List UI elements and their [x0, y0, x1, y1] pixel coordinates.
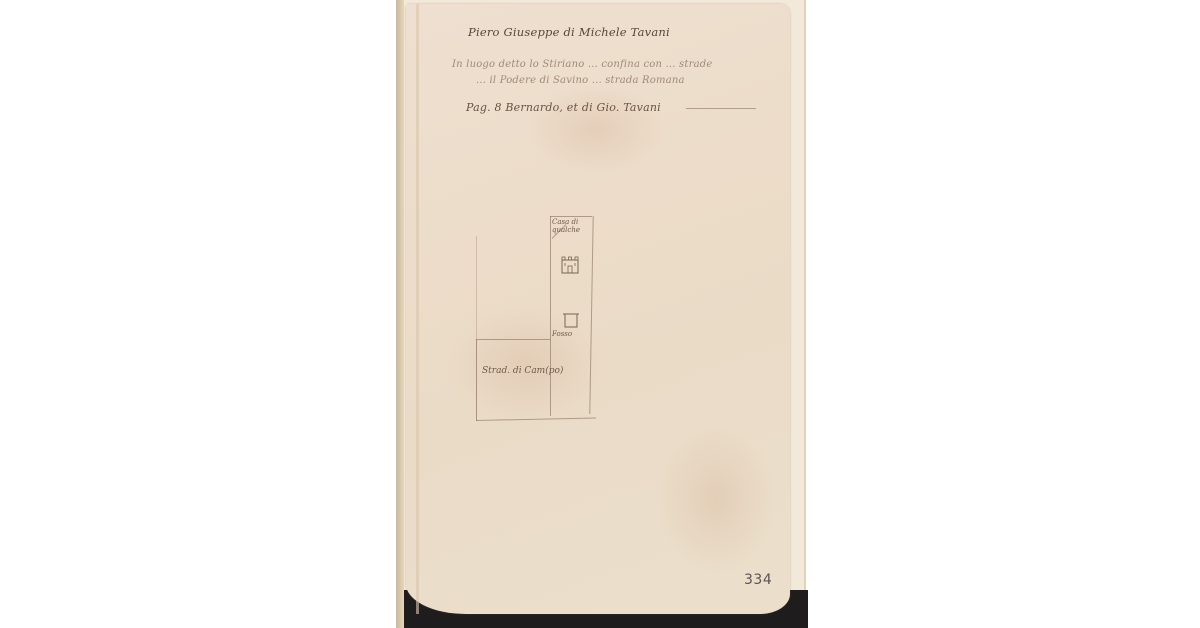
diagram-small-label: Fosso	[552, 330, 572, 338]
diagram-line	[550, 216, 551, 416]
paper-stain	[656, 424, 776, 574]
page-number: 334	[744, 572, 772, 588]
property-sketch-diagram: Casa di qualche Fosso Strad.	[476, 216, 616, 426]
diagram-line	[476, 339, 550, 340]
diagram-line	[476, 417, 596, 421]
text-line-2: ... il Podere di Savino ... strada Roman…	[476, 75, 685, 86]
manuscript-scan: Piero Giuseppe di Michele Tavani In luog…	[396, 0, 808, 628]
text-rule-line	[686, 108, 756, 109]
text-line-3: Pag. 8 Bernardo, et di Gio. Tavani	[466, 101, 661, 114]
diagram-line	[476, 339, 477, 421]
diagram-bottom-label: Strad. di Cam(po)	[482, 366, 563, 376]
paper-stain	[526, 84, 666, 174]
manuscript-page: Piero Giuseppe di Michele Tavani In luog…	[406, 4, 790, 614]
text-line-1: In luogo detto lo Stiriano ... confina c…	[452, 59, 712, 70]
diagram-line	[589, 216, 593, 414]
diagram-line	[550, 216, 592, 217]
document-heading: Piero Giuseppe di Michele Tavani	[468, 25, 670, 39]
image-viewer: Piero Giuseppe di Michele Tavani In luog…	[0, 0, 1200, 628]
binding-shadow	[396, 0, 404, 628]
tower-building-icon	[560, 256, 580, 274]
page-gutter-edge	[416, 4, 419, 614]
diagram-top-label: Casa di qualche	[552, 218, 592, 234]
gate-building-icon	[562, 312, 580, 328]
